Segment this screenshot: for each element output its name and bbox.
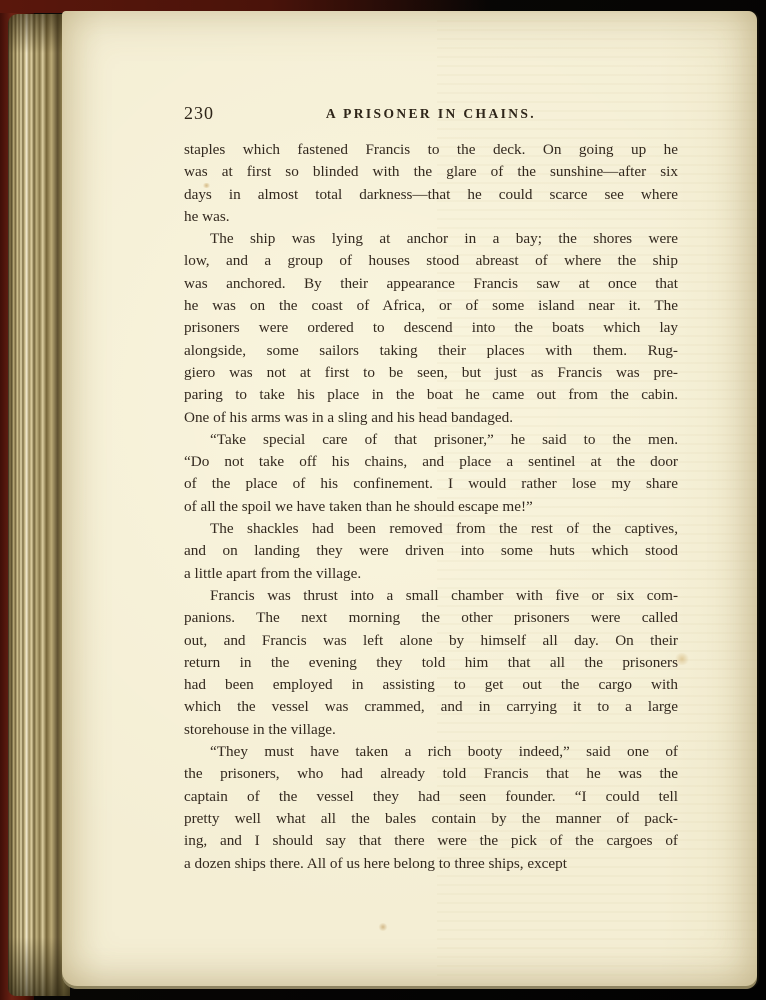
text-line: giero was not at first to be seen, but j… (184, 362, 678, 384)
page-header: 230 A PRISONER IN CHAINS. (184, 103, 678, 127)
text-line: staples which fastened Francis to the de… (184, 139, 678, 161)
text-line: of all the spoil we have taken than he s… (184, 496, 678, 518)
text-line: storehouse in the village. (184, 719, 678, 741)
text-line: a little apart from the village. (184, 563, 678, 585)
text-line: alongside, some sailors taking their pla… (184, 340, 678, 362)
text-line: Francis was thrust into a small chamber … (184, 585, 678, 607)
text-line: the prisoners, who had already told Fran… (184, 763, 678, 785)
text-line: a dozen ships there. All of us here belo… (184, 853, 678, 875)
text-line: The ship was lying at anchor in a bay; t… (184, 228, 678, 250)
text-line: was anchored. By their appearance Franci… (184, 273, 678, 295)
text-line: he was on the coast of Africa, or of som… (184, 295, 678, 317)
text-line: days in almost total darkness—that he co… (184, 184, 678, 206)
text-line: “Do not take off his chains, and place a… (184, 451, 678, 473)
text-line: “Take special care of that prisoner,” he… (184, 429, 678, 451)
text-line: paring to take his place in the boat he … (184, 384, 678, 406)
text-line: “They must have taken a rich booty indee… (184, 741, 678, 763)
text-line: and on landing they were driven into som… (184, 540, 678, 562)
book-scan-photo: 230 A PRISONER IN CHAINS. staples which … (0, 0, 766, 1000)
text-line: return in the evening they told him that… (184, 652, 678, 674)
text-line: out, and Francis was left alone by himse… (184, 630, 678, 652)
text-line: he was. (184, 206, 678, 228)
text-line: prisoners were ordered to descend into t… (184, 317, 678, 339)
text-line: The shackles had been removed from the r… (184, 518, 678, 540)
running-title: A PRISONER IN CHAINS. (184, 106, 678, 122)
book-page: 230 A PRISONER IN CHAINS. staples which … (62, 11, 757, 989)
stacked-page-edges (8, 14, 70, 996)
text-line: was at first so blinded with the glare o… (184, 161, 678, 183)
stain-spot (378, 923, 388, 931)
text-line: captain of the vessel they had seen foun… (184, 786, 678, 808)
text-block: staples which fastened Francis to the de… (184, 139, 678, 875)
text-line: had been employed in assisting to get ou… (184, 674, 678, 696)
text-line: low, and a group of houses stood abreast… (184, 250, 678, 272)
text-line: One of his arms was in a sling and his h… (184, 407, 678, 429)
text-line: of the place of his confinement. I would… (184, 473, 678, 495)
text-line: which the vessel was crammed, and in car… (184, 696, 678, 718)
text-line: pretty well what all the bales contain b… (184, 808, 678, 830)
text-line: ing, and I should say that there were th… (184, 830, 678, 852)
text-line: panions. The next morning the other pris… (184, 607, 678, 629)
